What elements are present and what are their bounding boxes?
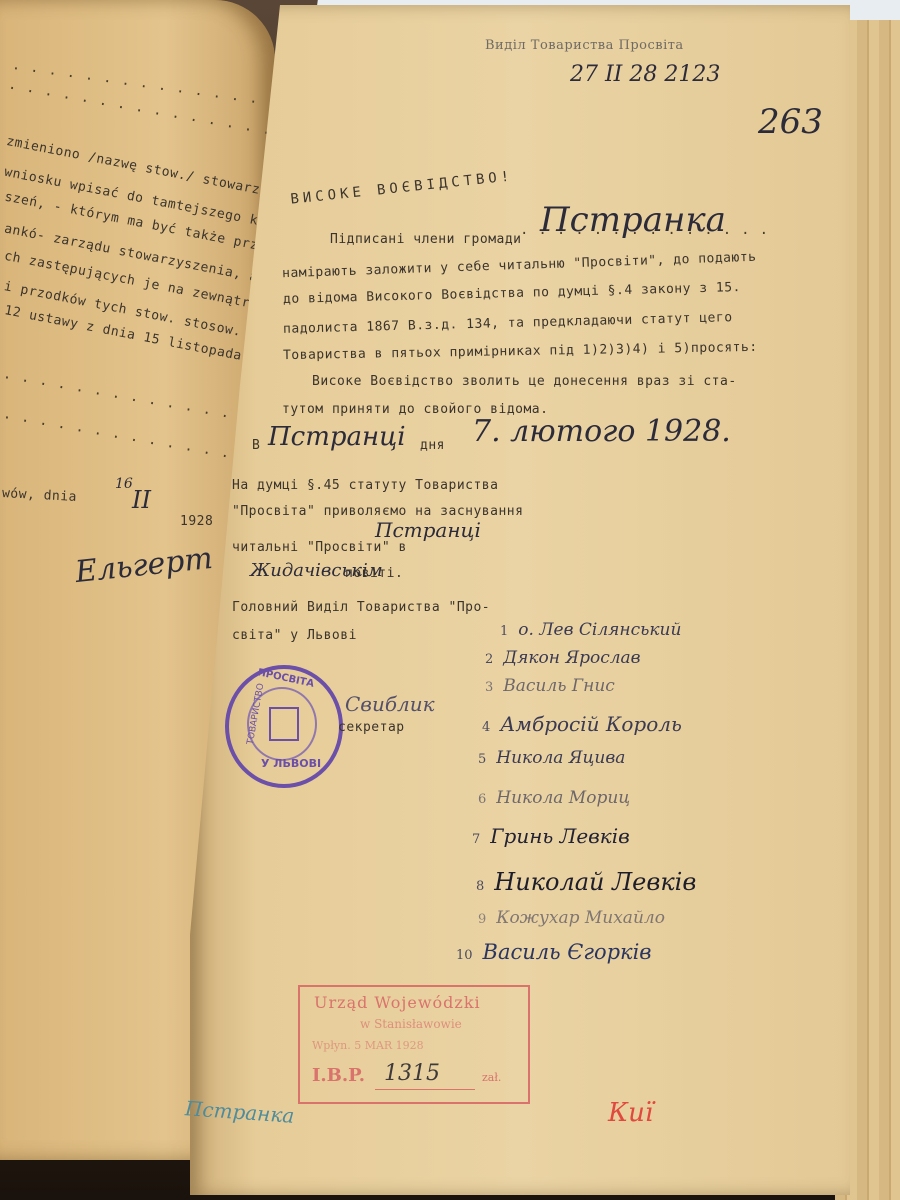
para1-prefix: Підписані члени громади: [330, 232, 522, 247]
approval-line: "Просвіта" приволяємо на заснування: [232, 504, 523, 519]
folio-number: 263: [758, 102, 823, 142]
dotted-line: ··············: [520, 226, 778, 242]
signature-name: Амбросій Король: [500, 712, 682, 736]
faint-header-stamp: Виділ Товариства Просвіта: [485, 38, 684, 53]
voivodeship-office-stamp: Urząd Wojewódzki w Stanisławowie Wpłyn. …: [298, 985, 530, 1104]
prosvita-round-stamp: ПРОСВІТА ТОВАРИСТВО У ЛЬВОВІ: [225, 665, 343, 788]
secretary-signature: Свиблик: [345, 692, 435, 716]
signature-row: 1о. Лев Сілянський: [500, 620, 681, 640]
left-signature: Ельгерт: [74, 541, 215, 590]
registration-number-handwritten: 27 II 28 2123: [570, 62, 720, 87]
signature-name: Гринь Левків: [490, 824, 630, 848]
signature-row: 7Гринь Левків: [472, 824, 630, 848]
body-line: Високе Воєвідство зволить це донесення в…: [312, 374, 737, 389]
day-label: дня: [420, 438, 445, 453]
approval-line: читальні "Просвіти" в: [232, 540, 407, 555]
approval-line: світа" у Львові: [232, 628, 357, 643]
signature-row: 8Николай Левків: [476, 868, 696, 896]
signature-name: о. Лев Сілянський: [518, 620, 681, 640]
stamp-zal: zał.: [482, 1071, 501, 1084]
signature-name: Кожухар Михайло: [496, 908, 665, 928]
signature-name: Николай Левків: [494, 868, 696, 896]
stamp-underline: [375, 1089, 475, 1090]
stamp-office-city: w Stanisławowie: [360, 1017, 462, 1031]
stamp-received-date: Wpłyn. 5 MAR 1928: [312, 1039, 424, 1052]
signature-name: Никола Мориц: [496, 788, 630, 808]
stamp-ref-label: I.B.P.: [312, 1065, 365, 1086]
approval-line: Головний Виділ Товариства "Про-: [232, 600, 490, 615]
stamp-ref-number: 1315: [384, 1061, 440, 1086]
signature-row: 9Кожухар Михайло: [478, 908, 665, 928]
approval-line: повіті.: [345, 566, 403, 581]
signature-name: Василь Єгорків: [483, 940, 652, 964]
left-date-prefix: wów, dnia: [2, 486, 78, 505]
book-icon: [269, 707, 299, 741]
approval-village-handwritten: Пстранці: [375, 518, 481, 542]
signature-row: 5Никола Яцива: [478, 748, 625, 768]
signature-row: 6Никола Мориц: [478, 788, 630, 808]
signature-row: 4Амбросій Король: [482, 712, 682, 736]
stamp-office-name: Urząd Wojewódzki: [314, 993, 481, 1012]
signature-name: Василь Гнис: [503, 676, 615, 696]
signature-row: 3Василь Гнис: [485, 676, 615, 696]
left-date-day: 16: [115, 476, 133, 492]
signature-name: Дякон Ярослав: [503, 648, 640, 668]
left-date-year: 1928: [180, 514, 213, 529]
left-date-month: II: [132, 486, 151, 514]
approval-line: На думці §.45 статуту Товариства: [232, 478, 498, 493]
secretary-label: секретар: [338, 720, 405, 735]
signature-name: Никола Яцива: [496, 748, 625, 768]
place-handwritten: Пстранці: [268, 422, 406, 452]
signature-row: 10Василь Єгорків: [456, 940, 652, 964]
red-pencil-mark: Киї: [608, 1098, 653, 1128]
stamp-bottom-text: У ЛЬВОВІ: [261, 757, 321, 770]
signature-row: 2Дякон Ярослав: [485, 648, 641, 668]
date-handwritten: 7. лютого 1928.: [472, 414, 731, 449]
place-prefix: В: [252, 438, 260, 453]
